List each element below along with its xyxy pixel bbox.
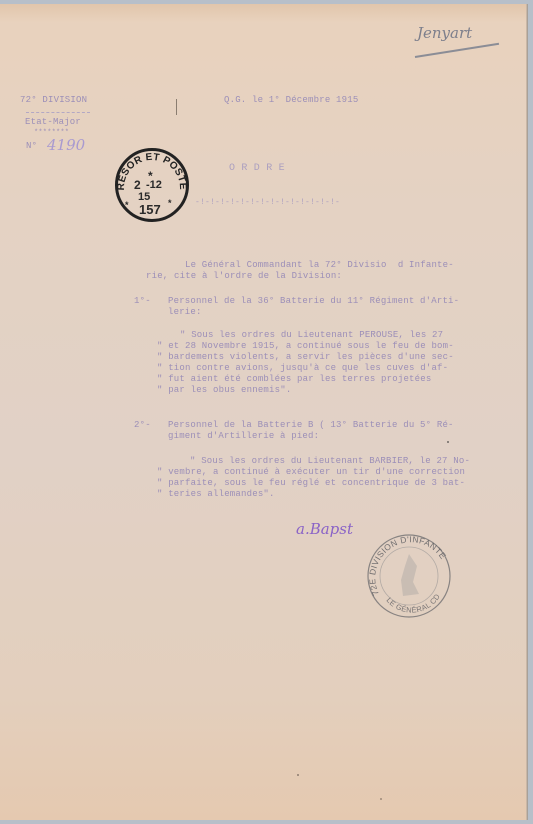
paper-speck (380, 798, 382, 800)
item-1-citation-line: " fut aient été comblées par les terres … (157, 374, 431, 385)
item-1-citation-line: " Sous les ordres du Lieutenant PEROUSE,… (180, 330, 443, 341)
division-stamp-seal: 72E DIVISION D'INFANTERIE LE GÉNÉRAL CDT (365, 532, 453, 620)
staff-heading: Etat-Major (25, 117, 81, 128)
division-heading: 72° DIVISION (20, 95, 87, 106)
item-1-citation-line: " bardements violents, a servir les pièc… (157, 352, 454, 363)
postmark-star-right: * (168, 198, 172, 208)
pencil-annotation: Jenyart (417, 24, 472, 42)
place-date: Q.G. le 1° Décembre 1915 (224, 95, 358, 106)
item-1-citation-line: " par les obus ennemis". (157, 385, 291, 396)
intro-line-2: rie, cite à l'ordre de la Division: (146, 271, 342, 282)
document-title: O R D R E (229, 163, 285, 174)
item-2-unit-line-1: Personnel de la Batterie B ( 13° Batteri… (168, 420, 454, 431)
postmark-star-left: * (125, 200, 129, 210)
paper-speck (447, 441, 449, 443)
intro-line-1: Le Général Commandant la 72° Divisio d I… (185, 260, 454, 271)
item-2-citation-line: " parfaite, sous le feu réglé et concent… (157, 478, 465, 489)
bracket-mark (176, 99, 177, 115)
item-1-citation-line: " tion contre avions, jusqu'à ce que les… (157, 363, 448, 374)
number-label: N° (26, 141, 37, 152)
heading-rule (26, 112, 90, 113)
document-page: Jenyart 72° DIVISION Etat-Major ********… (0, 4, 526, 820)
pencil-underline (415, 43, 499, 58)
postmark-sector: 157 (139, 202, 161, 217)
item-1-unit-line-2: lerie: (168, 307, 202, 318)
postmark-month: -12 (146, 179, 162, 191)
postmark-day: 2 (134, 178, 141, 192)
item-1-citation-line: " et 28 Novembre 1915, a continué sous l… (157, 341, 454, 352)
item-2-unit-line-2: giment d'Artillerie à pied: (168, 431, 319, 442)
item-1-number: 1°- (134, 296, 151, 307)
item-2-citation-line: " teries allemandes". (157, 489, 275, 500)
handwritten-number: 4190 (47, 136, 85, 154)
division-stamp: 72E DIVISION D'INFANTERIE LE GÉNÉRAL CDT (365, 532, 453, 620)
item-2-citation-line: " Sous les ordres du Lieutenant BARBIER,… (190, 456, 470, 467)
signature: a.Bapst (296, 520, 353, 538)
item-1-unit-line-1: Personnel de la 36° Batterie du 11° Régi… (168, 296, 459, 307)
item-2-citation-line: " vembre, a continué à exécuter un tir d… (157, 467, 465, 478)
postmark-stamp: TRESOR ET POSTES * 2 -12 15 * 157 * (115, 148, 189, 222)
paper-speck (297, 774, 299, 776)
item-2-number: 2°- (134, 420, 151, 431)
title-separator: -!-!-!-!-!-!-!-!-!-!-!-!-!-!- (195, 197, 340, 208)
